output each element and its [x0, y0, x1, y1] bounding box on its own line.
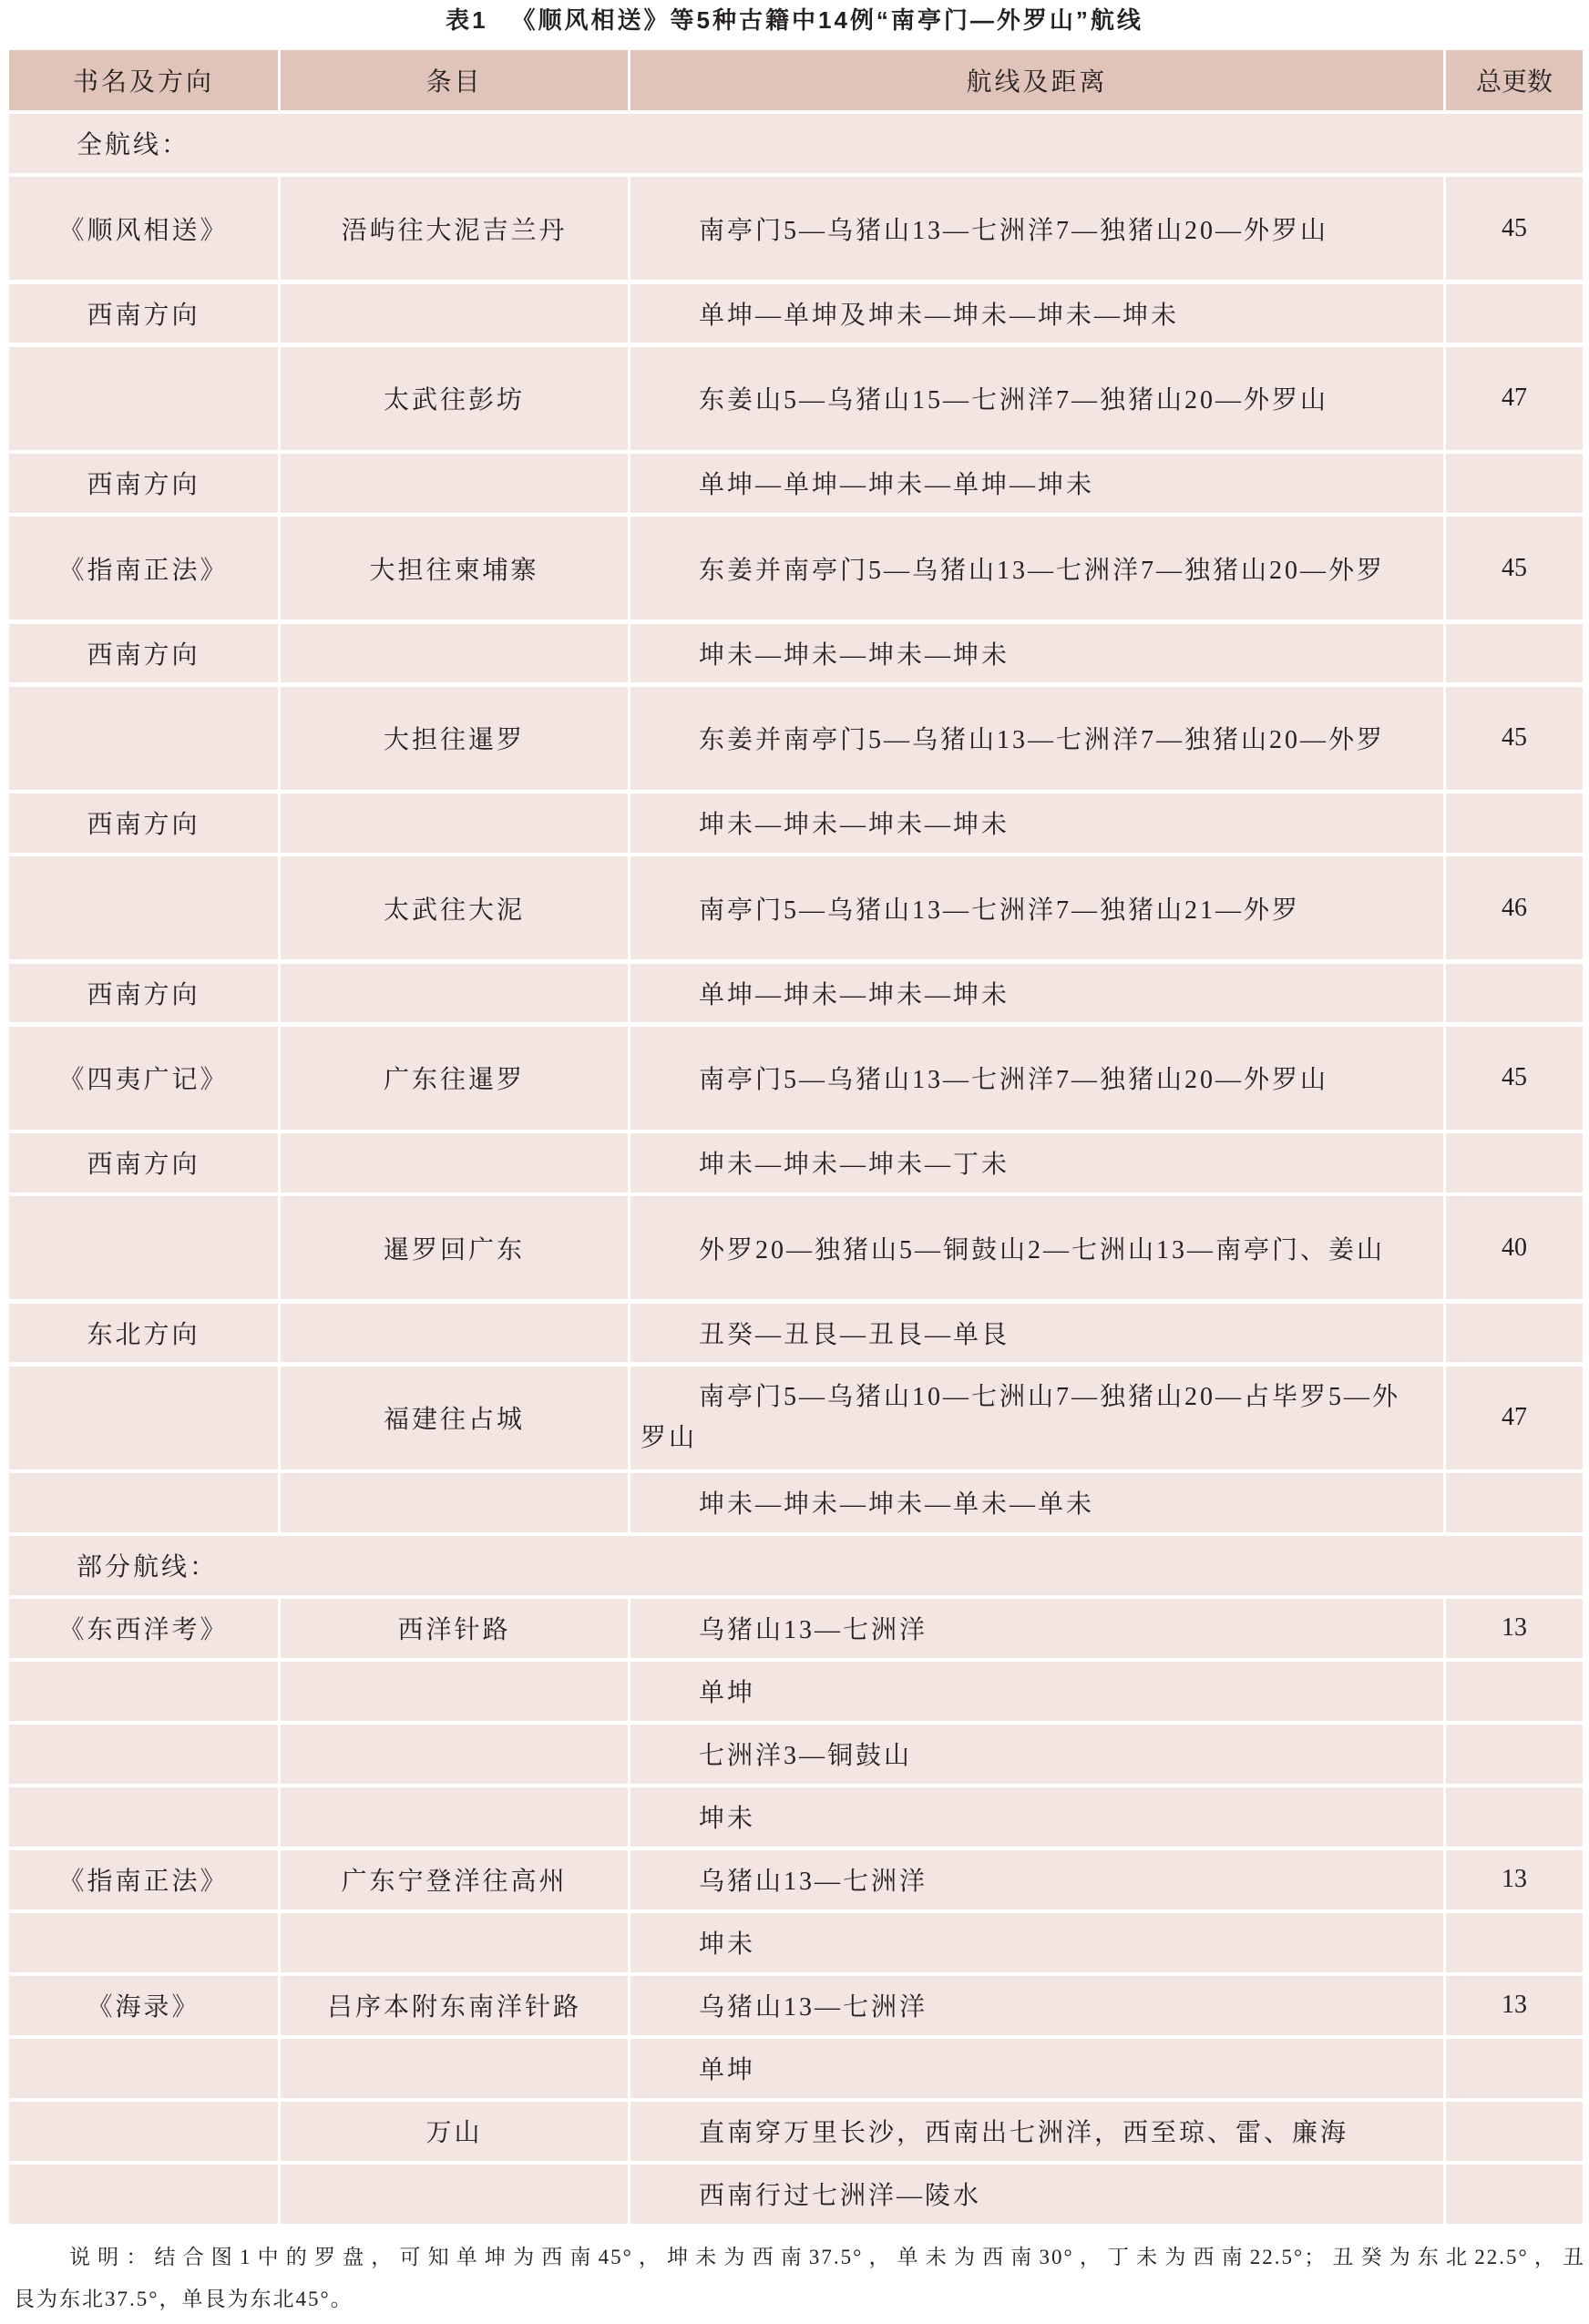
direction-cell: 西南方向 [9, 1133, 278, 1193]
direction-cell: 西南方向 [9, 964, 278, 1023]
total-cell [1446, 1662, 1583, 1721]
book-cell [9, 1367, 278, 1469]
route-cell: 乌猪山13—七洲洋 [630, 1976, 1443, 2035]
total-cell [1446, 1725, 1583, 1784]
route-cell: 单坤—单坤—坤未—单坤—坤未 [630, 454, 1443, 513]
book-cell [9, 347, 278, 450]
table-row: 《四夷广记》 广东往暹罗 南亭门5—乌猪山13—七洲洋7—独猪山20—外罗山 4… [9, 1027, 1583, 1130]
entry-cell: 太武往大泥 [281, 856, 628, 959]
column-header-entry: 条目 [281, 50, 628, 110]
total-cell: 13 [1446, 1976, 1583, 2035]
total-cell: 47 [1446, 1367, 1583, 1469]
table-row: 《顺风相送》 浯屿往大泥吉兰丹 南亭门5—乌猪山13—七洲洋7—独猪山20—外罗… [9, 177, 1583, 280]
route-cell: 单坤 [630, 2039, 1443, 2098]
compass-bearing-text: 坤未 [641, 1924, 755, 1961]
route-cell: 外罗20—独猪山5—铜鼓山2—七洲山13—南亭门、姜山 [630, 1196, 1443, 1299]
route-cell: 单坤—坤未—坤未—坤未 [630, 964, 1443, 1023]
total-cell [1446, 1787, 1583, 1847]
table-row: 《指南正法》 大担往柬埔寨 东姜并南亭门5—乌猪山13—七洲洋7—独猪山20—外… [9, 517, 1583, 619]
compass-bearing-text: 坤未—坤未—坤未—坤未 [641, 804, 1010, 841]
total-cell [1446, 2102, 1583, 2161]
table-row: 《东西洋考》 西洋针路 乌猪山13—七洲洋 13 [9, 1599, 1583, 1658]
route-text: 南亭门5—乌猪山13—七洲洋7—独猪山21—外罗 [641, 890, 1300, 927]
entry-cell [281, 1133, 628, 1193]
book-cell [9, 687, 278, 790]
compass-bearing-text: 坤未—坤未—坤未—单未—单未 [641, 1484, 1094, 1520]
entry-cell [281, 2165, 628, 2224]
entry-cell: 西洋针路 [281, 1599, 628, 1658]
total-cell: 46 [1446, 856, 1583, 959]
route-text-line-2: 罗山 [641, 1418, 1400, 1459]
total-cell: 45 [1446, 687, 1583, 790]
total-cell: 45 [1446, 517, 1583, 619]
route-cell: 坤未 [630, 1787, 1443, 1847]
footnote-line-2: 艮为东北37.5°，单艮为东北45°。 [14, 2278, 1585, 2320]
entry-cell [281, 1787, 628, 1847]
compass-bearing-text: 坤未 [641, 1798, 755, 1835]
compass-bearing-text: 单坤—单坤—坤未—单坤—坤未 [641, 465, 1094, 501]
route-cell: 坤未—坤未—坤未—单未—单未 [630, 1473, 1443, 1532]
entry-cell [281, 1725, 628, 1784]
route-text: 东姜山5—乌猪山15—七洲洋7—独猪山20—外罗山 [641, 380, 1328, 416]
total-cell: 45 [1446, 177, 1583, 280]
table-row: 太武往彭坊 东姜山5—乌猪山15—七洲洋7—独猪山20—外罗山 47 [9, 347, 1583, 450]
table-row: 暹罗回广东 外罗20—独猪山5—铜鼓山2—七洲山13—南亭门、姜山 40 [9, 1196, 1583, 1299]
entry-cell: 浯屿往大泥吉兰丹 [281, 177, 628, 280]
book-cell [9, 856, 278, 959]
entry-cell [281, 284, 628, 343]
total-cell: 13 [1446, 1599, 1583, 1658]
book-cell: 《指南正法》 [9, 1850, 278, 1909]
book-cell [9, 2102, 278, 2161]
route-text: 直南穿万里长沙，西南出七洲洋，西至琼、雷、廉海 [641, 2113, 1348, 2149]
compass-bearing-text: 坤未—坤未—坤未—坤未 [641, 635, 1010, 671]
table-row: 西南方向 单坤—单坤及坤未—坤未—坤未—坤未 [9, 284, 1583, 343]
table-number: 表1 [446, 6, 487, 34]
route-text-wrapped: 南亭门5—乌猪山10—七洲山7—独猪山20—占毕罗5—外 罗山 [641, 1377, 1400, 1459]
entry-cell [281, 793, 628, 853]
direction-cell [9, 1473, 278, 1532]
table-row: 西南方向 单坤—坤未—坤未—坤未 [9, 964, 1583, 1023]
route-cell: 直南穿万里长沙，西南出七洲洋，西至琼、雷、廉海 [630, 2102, 1443, 2161]
section-label: 全航线： [9, 114, 1583, 173]
route-cell: 乌猪山13—七洲洋 [630, 1850, 1443, 1909]
table-row: 西南行过七洲洋—陵水 [9, 2165, 1583, 2224]
compass-bearing-text: 丑癸—丑艮—丑艮—单艮 [641, 1315, 1010, 1351]
entry-cell: 太武往彭坊 [281, 347, 628, 450]
route-text: 乌猪山13—七洲洋 [641, 1610, 928, 1646]
section-row: 部分航线： [9, 1536, 1583, 1595]
table-row: 太武往大泥 南亭门5—乌猪山13—七洲洋7—独猪山21—外罗 46 [9, 856, 1583, 959]
table-footnote: 说明：结合图1中的罗盘，可知单坤为西南45°，坤未为西南37.5°，单未为西南3… [14, 2237, 1585, 2320]
route-cell: 坤未 [630, 1913, 1443, 1972]
route-text: 外罗20—独猪山5—铜鼓山2—七洲山13—南亭门、姜山 [641, 1230, 1385, 1266]
route-cell: 坤未—坤未—坤未—坤未 [630, 793, 1443, 853]
column-header-book-direction: 书名及方向 [9, 50, 278, 110]
entry-cell: 大担往暹罗 [281, 687, 628, 790]
direction-cell: 西南方向 [9, 284, 278, 343]
column-header-route-distance: 航线及距离 [630, 50, 1443, 110]
book-cell: 《指南正法》 [9, 517, 278, 619]
total-cell [1446, 1473, 1583, 1532]
table-row: 《指南正法》 广东宁登洋往高州 乌猪山13—七洲洋 13 [9, 1850, 1583, 1909]
total-cell [1446, 964, 1583, 1023]
table-row: 大担往暹罗 东姜并南亭门5—乌猪山13—七洲洋7—独猪山20—外罗 45 [9, 687, 1583, 790]
column-header-total-watches: 总更数 [1446, 50, 1583, 110]
route-cell: 七洲洋3—铜鼓山 [630, 1725, 1443, 1784]
book-cell: 《顺风相送》 [9, 177, 278, 280]
route-text: 东姜并南亭门5—乌猪山13—七洲洋7—独猪山20—外罗 [641, 720, 1385, 756]
table-row: 坤未 [9, 1787, 1583, 1847]
table-row: 西南方向 坤未—坤未—坤未—坤未 [9, 624, 1583, 683]
routes-table: 书名及方向 条目 航线及距离 总更数 全航线： 《顺风相送》 浯屿往大泥吉兰丹 … [9, 50, 1583, 2227]
entry-cell: 广东宁登洋往高州 [281, 1850, 628, 1909]
table-row: 单坤 [9, 1662, 1583, 1721]
route-cell: 坤未—坤未—坤未—坤未 [630, 624, 1443, 683]
book-cell [9, 2165, 278, 2224]
table-caption: 表1《顺风相送》等5种古籍中14例“南亭门—外罗山”航线 [0, 0, 1589, 40]
book-cell [9, 1196, 278, 1299]
entry-cell: 广东往暹罗 [281, 1027, 628, 1130]
entry-cell: 大担往柬埔寨 [281, 517, 628, 619]
section-label: 部分航线： [9, 1536, 1583, 1595]
book-cell [9, 1725, 278, 1784]
entry-cell [281, 1662, 628, 1721]
direction-cell: 东北方向 [9, 1304, 278, 1363]
route-cell: 东姜并南亭门5—乌猪山13—七洲洋7—独猪山20—外罗 [630, 517, 1443, 619]
footnote-line-1: 说明：结合图1中的罗盘，可知单坤为西南45°，坤未为西南37.5°，单未为西南3… [14, 2237, 1585, 2278]
total-cell [1446, 454, 1583, 513]
route-cell: 南亭门5—乌猪山13—七洲洋7—独猪山20—外罗山 [630, 177, 1443, 280]
entry-cell [281, 2039, 628, 2098]
entry-cell [281, 1304, 628, 1363]
compass-bearing-text: 单坤—单坤及坤未—坤未—坤未—坤未 [641, 295, 1179, 332]
entry-cell [281, 1913, 628, 1972]
direction-cell: 西南方向 [9, 624, 278, 683]
route-text: 七洲洋3—铜鼓山 [641, 1735, 912, 1772]
book-cell: 《四夷广记》 [9, 1027, 278, 1130]
total-cell: 47 [1446, 347, 1583, 450]
entry-cell: 万山 [281, 2102, 628, 2161]
route-cell: 乌猪山13—七洲洋 [630, 1599, 1443, 1658]
route-cell: 坤未—坤未—坤未—丁未 [630, 1133, 1443, 1193]
entry-cell [281, 1473, 628, 1532]
book-cell [9, 1787, 278, 1847]
entry-cell: 吕序本附东南洋针路 [281, 1976, 628, 2035]
route-cell: 单坤—单坤及坤未—坤未—坤未—坤未 [630, 284, 1443, 343]
table-row: 七洲洋3—铜鼓山 [9, 1725, 1583, 1784]
total-cell [1446, 1133, 1583, 1193]
total-cell [1446, 2165, 1583, 2224]
total-cell: 40 [1446, 1196, 1583, 1299]
table-row: 单坤 [9, 2039, 1583, 2098]
total-cell: 13 [1446, 1850, 1583, 1909]
route-cell: 西南行过七洲洋—陵水 [630, 2165, 1443, 2224]
book-cell [9, 2039, 278, 2098]
compass-bearing-text: 单坤 [641, 2050, 755, 2086]
entry-cell: 暹罗回广东 [281, 1196, 628, 1299]
total-cell [1446, 1304, 1583, 1363]
route-cell: 南亭门5—乌猪山13—七洲洋7—独猪山21—外罗 [630, 856, 1443, 959]
table-row: 西南方向 单坤—单坤—坤未—单坤—坤未 [9, 454, 1583, 513]
route-text: 西南行过七洲洋—陵水 [641, 2176, 981, 2212]
table-row: 《海录》 吕序本附东南洋针路 乌猪山13—七洲洋 13 [9, 1976, 1583, 2035]
table-row: 福建往占城 南亭门5—乌猪山10—七洲山7—独猪山20—占毕罗5—外 罗山 47 [9, 1367, 1583, 1469]
entry-cell [281, 624, 628, 683]
table-row: 西南方向 坤未—坤未—坤未—坤未 [9, 793, 1583, 853]
table-row: 坤未—坤未—坤未—单未—单未 [9, 1473, 1583, 1532]
table-title: 《顺风相送》等5种古籍中14例“南亭门—外罗山”航线 [512, 6, 1143, 34]
route-cell: 东姜并南亭门5—乌猪山13—七洲洋7—独猪山20—外罗 [630, 687, 1443, 790]
total-cell [1446, 1913, 1583, 1972]
compass-bearing-text: 单坤 [641, 1673, 755, 1709]
total-cell [1446, 624, 1583, 683]
route-cell: 丑癸—丑艮—丑艮—单艮 [630, 1304, 1443, 1363]
book-cell: 《东西洋考》 [9, 1599, 278, 1658]
table-row: 坤未 [9, 1913, 1583, 1972]
route-cell: 南亭门5—乌猪山13—七洲洋7—独猪山20—外罗山 [630, 1027, 1443, 1130]
route-cell: 南亭门5—乌猪山10—七洲山7—独猪山20—占毕罗5—外 罗山 [630, 1367, 1443, 1469]
direction-cell: 西南方向 [9, 793, 278, 853]
compass-bearing-text: 单坤—坤未—坤未—坤未 [641, 975, 1010, 1011]
direction-cell: 西南方向 [9, 454, 278, 513]
route-cell: 东姜山5—乌猪山15—七洲洋7—独猪山20—外罗山 [630, 347, 1443, 450]
total-cell: 45 [1446, 1027, 1583, 1130]
route-text: 乌猪山13—七洲洋 [641, 1861, 928, 1898]
section-row: 全航线： [9, 114, 1583, 173]
table-row: 万山 直南穿万里长沙，西南出七洲洋，西至琼、雷、廉海 [9, 2102, 1583, 2161]
entry-cell [281, 454, 628, 513]
entry-cell: 福建往占城 [281, 1367, 628, 1469]
table-header-row: 书名及方向 条目 航线及距离 总更数 [9, 50, 1583, 110]
route-text-line-1: 南亭门5—乌猪山10—七洲山7—独猪山20—占毕罗5—外 [641, 1377, 1400, 1418]
total-cell [1446, 2039, 1583, 2098]
book-cell [9, 1662, 278, 1721]
book-cell: 《海录》 [9, 1976, 278, 2035]
route-text: 南亭门5—乌猪山13—七洲洋7—独猪山20—外罗山 [641, 1060, 1328, 1096]
route-text: 东姜并南亭门5—乌猪山13—七洲洋7—独猪山20—外罗 [641, 550, 1385, 587]
total-cell [1446, 793, 1583, 853]
route-text: 乌猪山13—七洲洋 [641, 1987, 928, 2023]
table-row: 西南方向 坤未—坤未—坤未—丁未 [9, 1133, 1583, 1193]
route-text: 南亭门5—乌猪山13—七洲洋7—独猪山20—外罗山 [641, 210, 1328, 247]
table-row: 东北方向 丑癸—丑艮—丑艮—单艮 [9, 1304, 1583, 1363]
book-cell [9, 1913, 278, 1972]
total-cell [1446, 284, 1583, 343]
route-cell: 单坤 [630, 1662, 1443, 1721]
entry-cell [281, 964, 628, 1023]
compass-bearing-text: 坤未—坤未—坤未—丁未 [641, 1144, 1010, 1181]
